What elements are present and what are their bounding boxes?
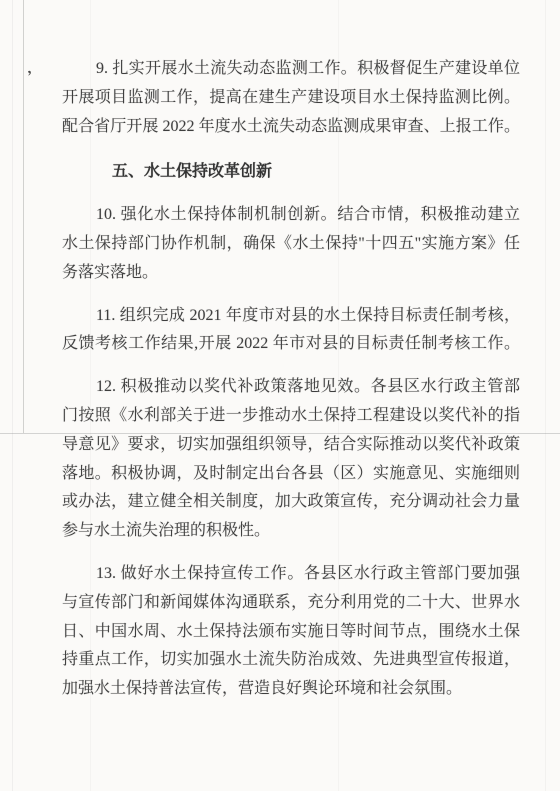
text-line: 配合省厅开展 2022 年度水土流失动态监测成果审查、上报工作。: [62, 113, 520, 142]
text-line: 导意见》要求，切实加强组织领导，结合实际推动以奖代补政策: [62, 431, 520, 460]
scan-streak: [545, 0, 546, 791]
text-line: 与宣传部门和新闻媒体沟通联系，充分利用党的二十大、世界水: [62, 589, 520, 618]
text-line: 开展项目监测工作，提高在建生产建设项目水土保持监测比例。: [62, 84, 520, 113]
body-paragraph: 13. 做好水土保持宣传工作。各县区水行政主管部门要加强与宣传部门和新闻媒体沟通…: [62, 560, 520, 704]
section-heading: 五、水土保持改革创新: [62, 158, 520, 187]
text-line: 门按照《水利部关于进一步推动水土保持工程建设以奖代补的指: [62, 402, 520, 431]
text-line: 12. 积极推动以奖代补政策落地见效。各县区水行政主管部: [62, 373, 520, 402]
text-line: 10. 强化水土保持体制机制创新。结合市情，积极推动建立: [62, 201, 520, 230]
body-paragraph: 9. 扎实开展水土流失动态监测工作。积极督促生产建设单位开展项目监测工作，提高在…: [62, 55, 520, 141]
text-line: 反馈考核工作结果,开展 2022 年市对县的目标责任制考核工作。: [62, 330, 520, 359]
scan-streak: [12, 0, 13, 791]
text-line: 落地。积极协调，及时制定出台各县（区）实施意见、实施细则: [62, 460, 520, 489]
text-line: 加强水土保持普法宣传，营造良好舆论环境和社会氛围。: [62, 675, 520, 704]
body-paragraph: 10. 强化水土保持体制机制创新。结合市情，积极推动建立水土保持部门协作机制，确…: [62, 201, 520, 287]
text-line: 参与水土流失治理的积极性。: [62, 517, 520, 546]
text-line: 9. 扎实开展水土流失动态监测工作。积极督促生产建设单位: [62, 55, 520, 84]
text-line: 日、中国水周、水土保持法颁布实施日等时间节点，围绕水土保: [62, 618, 520, 647]
text-line: 水土保持部门协作机制，确保《水土保持"十四五"实施方案》任: [62, 230, 520, 259]
text-line: 或办法，建立健全相关制度，加大政策宣传，充分调动社会力量: [62, 488, 520, 517]
section-heading-paragraph: 五、水土保持改革创新: [62, 158, 520, 187]
text-line: 11. 组织完成 2021 年度市对县的水土保持目标责任制考核，: [62, 302, 520, 331]
text-line: 持重点工作，切实加强水土流失防治成效、先进典型宣传报道，: [62, 646, 520, 675]
scanned-document-page: , 9. 扎实开展水土流失动态监测工作。积极督促生产建设单位开展项目监测工作，提…: [0, 0, 560, 791]
pen-mark: ,: [25, 62, 32, 77]
fold-line-vertical: [23, 0, 24, 433]
text-line: 务落实落地。: [62, 259, 520, 288]
body-paragraph: 12. 积极推动以奖代补政策落地见效。各县区水行政主管部门按照《水利部关于进一步…: [62, 373, 520, 546]
text-line: 13. 做好水土保持宣传工作。各县区水行政主管部门要加强: [62, 560, 520, 589]
text-block: 9. 扎实开展水土流失动态监测工作。积极督促生产建设单位开展项目监测工作，提高在…: [62, 55, 520, 704]
body-paragraph: 11. 组织完成 2021 年度市对县的水土保持目标责任制考核，反馈考核工作结果…: [62, 302, 520, 360]
